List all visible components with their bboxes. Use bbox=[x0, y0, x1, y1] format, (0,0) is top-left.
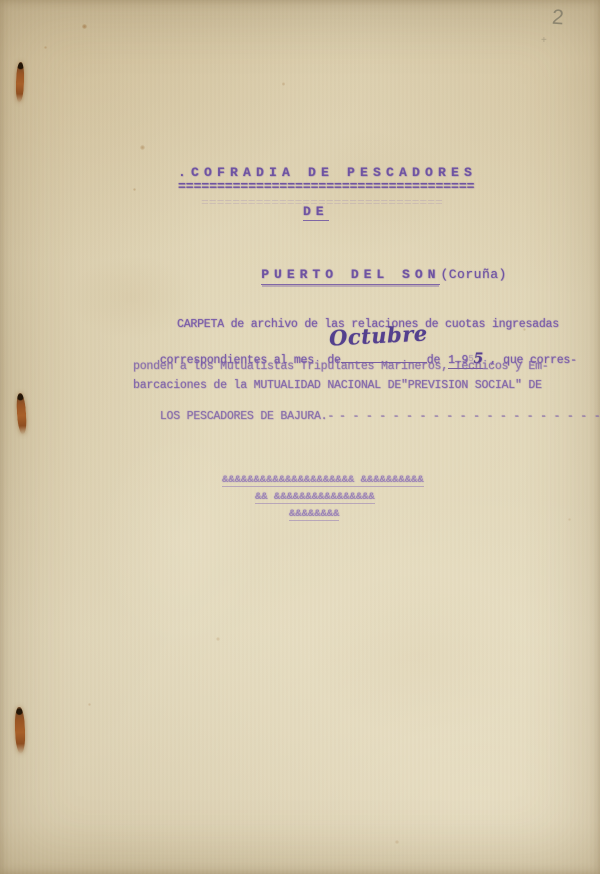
place-province: (Coruña) bbox=[440, 267, 506, 282]
scanned-document-page: 2 + .COFRADIA DE PESCADORES ============… bbox=[0, 0, 600, 874]
body-line-5: LOS PESCADORES DE BAJURA.-- - - - - - - … bbox=[133, 397, 600, 436]
foxing-spot bbox=[88, 703, 91, 706]
place-line: PUERTO DEL SON(Coruña) bbox=[230, 252, 507, 297]
flourish-row-1: &&&&&&&&&&&&&&&&&&&&& &&&&&&&&&& bbox=[222, 474, 424, 487]
place-name: PUERTO DEL SON bbox=[261, 267, 440, 285]
flourish-row-2: && &&&&&&&&&&&&&&&& bbox=[255, 491, 375, 504]
foxing-spot bbox=[44, 46, 47, 49]
foxing-spot bbox=[523, 328, 526, 331]
document-title: .COFRADIA DE PESCADORES bbox=[178, 165, 477, 180]
pencil-corner-mark: + bbox=[541, 35, 547, 46]
title-connector-de: DE bbox=[303, 204, 329, 221]
pencil-page-number: 2 bbox=[551, 6, 564, 31]
paper-texture bbox=[0, 0, 600, 874]
foxing-spot bbox=[82, 24, 87, 29]
foxing-spot bbox=[133, 188, 136, 191]
binding-rust-mark bbox=[14, 707, 26, 753]
foxing-spot bbox=[140, 145, 145, 150]
foxing-spot bbox=[282, 82, 285, 86]
binding-rust-mark bbox=[16, 393, 28, 435]
body-line-3: ponden a los Mutualistas Tripulantes Mar… bbox=[133, 360, 548, 373]
binding-rust-mark bbox=[15, 62, 24, 102]
flourish-row-3: &&&&&&&& bbox=[289, 508, 339, 521]
foxing-spot bbox=[395, 840, 399, 844]
title-rule: ====================================== bbox=[178, 179, 475, 194]
body-line-5-text: LOS PESCADORES DE BAJURA.- bbox=[160, 410, 334, 423]
foxing-spot bbox=[568, 518, 571, 521]
foxing-spot bbox=[216, 637, 220, 641]
handwritten-month: Octubre bbox=[328, 320, 428, 350]
dash-filler: - - - - - - - - - - - - - - - - - - - - bbox=[339, 410, 600, 423]
body-line-4: barcaciones de la MUTUALIDAD NACIONAL DE… bbox=[133, 379, 542, 392]
